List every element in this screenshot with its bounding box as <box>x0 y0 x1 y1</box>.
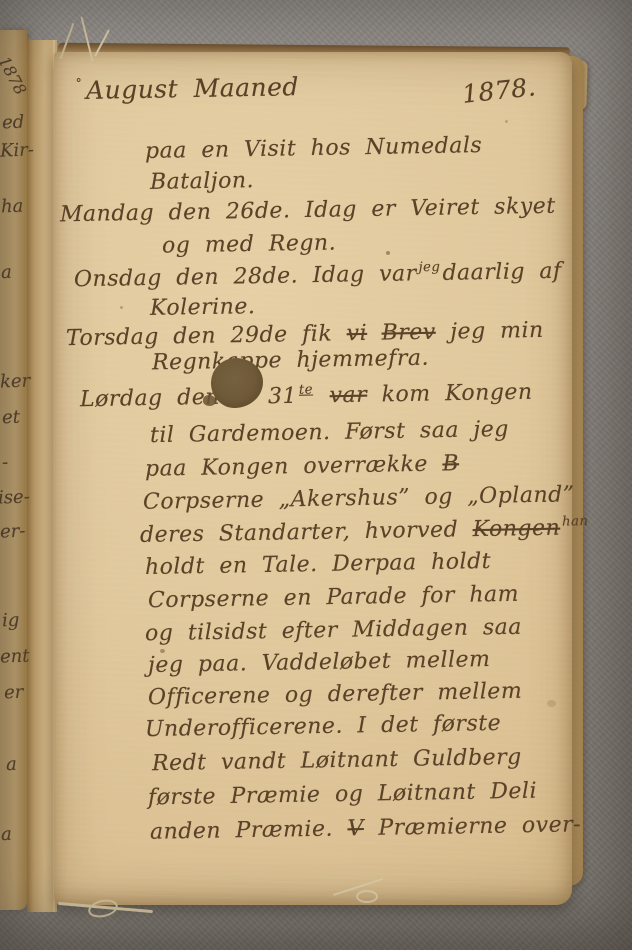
binding-thread-loop <box>356 890 378 903</box>
previous-page-text-fragment: ker <box>0 370 31 392</box>
text-segment: Officerene og derefter mellem <box>148 679 523 711</box>
manuscript-line: jeg paa. Vaddeløbet mellem <box>148 647 491 678</box>
text-segment: holdt en Tale. Derpaa holdt <box>145 549 491 580</box>
text-segment: jeg min <box>436 318 544 345</box>
struck-word: var <box>329 383 367 409</box>
manuscript-line: Redt vandt Løitnant Guldberg <box>152 745 522 776</box>
previous-page-text-fragment: er <box>4 682 24 704</box>
text-segment: Kolerine. <box>150 294 256 321</box>
previous-page-text-fragment: er- <box>0 521 26 543</box>
manuscript-line: Corpserne en Parade for ham <box>148 582 519 613</box>
manuscript-line: Kolerine. <box>150 294 256 321</box>
struck-word: V <box>347 816 364 841</box>
text-segment: Corpserne „Akershus” og „Opland” <box>143 482 575 515</box>
manuscript-line: og med Regn. <box>162 230 337 258</box>
manuscript-line: paa Kongen overrække B <box>145 451 459 481</box>
text-segment: og tilsidst efter Middagen saa <box>145 615 522 647</box>
text-segment: første Præmie og Løitnant Deli <box>148 779 537 811</box>
text-segment: daarlig af <box>442 259 562 286</box>
text-segment: paa Kongen overrække <box>145 452 443 482</box>
text-segment: Regnkappe hjemmefra. <box>152 346 429 376</box>
previous-page-text-fragment: a <box>1 262 12 283</box>
manuscript-line: Torsdag den 29de fik vi Brev jeg min <box>66 318 544 351</box>
manuscript-line: anden Præmie. V Præmierne over- <box>150 812 581 845</box>
manuscript-text: ° August Maaned 1878. paa en Visit hos N… <box>0 0 632 950</box>
manuscript-line: Lørdag den <box>80 385 220 412</box>
text-segment: Redt vandt Løitnant Guldberg <box>152 745 522 776</box>
text-segment: Præmierne over- <box>364 812 582 841</box>
text-segment <box>367 321 382 346</box>
previous-page-text-fragment: 1878 <box>0 53 30 98</box>
page-title: August Maaned <box>86 72 299 105</box>
page-year: 1878. <box>461 72 538 109</box>
text-segment <box>315 383 330 408</box>
paper-speck <box>505 120 508 123</box>
previous-page-text-fragment: ent <box>0 645 30 667</box>
previous-page-text-fragment: ha <box>1 196 24 218</box>
text-segment: 31 <box>268 384 297 410</box>
paper-speck <box>160 649 165 653</box>
struck-word: vi <box>346 321 367 346</box>
paper-speck <box>386 251 390 255</box>
text-segment: jeg paa. Vaddeløbet mellem <box>148 647 491 678</box>
manuscript-line: Mandag den 26de. Idag er Veiret skyet <box>60 194 556 228</box>
manuscript-line: til Gardemoen. Først saa jeg <box>150 417 509 448</box>
text-segment: paa en Visit hos Numedals <box>145 133 483 164</box>
inserted-word: han <box>562 515 589 530</box>
text-segment: Bataljon. <box>150 168 254 195</box>
text-segment: anden Præmie. <box>150 816 348 844</box>
paper-stain <box>547 700 556 707</box>
manuscript-line: Onsdag den 28de. Idag varjegdaarlig af <box>74 259 562 293</box>
manuscript-line: første Præmie og Løitnant Deli <box>148 779 537 811</box>
previous-page-text-fragment: ed <box>2 112 25 134</box>
photo-of-diary: ° August Maaned 1878. paa en Visit hos N… <box>0 0 632 950</box>
previous-page-text-fragment: et <box>2 407 21 429</box>
manuscript-line: paa en Visit hos Numedals <box>145 133 483 164</box>
manuscript-line: holdt en Tale. Derpaa holdt <box>145 549 491 580</box>
struck-word: Kongen <box>472 516 560 543</box>
text-segment: deres Standarter, hvorved <box>140 517 473 548</box>
manuscript-line: Regnkappe hjemmefra. <box>152 346 429 376</box>
manuscript-line: Bataljon. <box>150 168 254 195</box>
manuscript-line: Corpserne „Akershus” og „Opland” <box>143 482 575 515</box>
struck-word: B <box>442 451 459 476</box>
manuscript-line: Officerene og derefter mellem <box>148 679 523 711</box>
previous-page-text-fragment: ig <box>2 610 20 632</box>
manuscript-line: og tilsidst efter Middagen saa <box>145 615 522 647</box>
previous-page-text-fragment: a <box>6 754 17 775</box>
struck-word: Brev <box>381 320 436 346</box>
previous-page-text-fragment: Kir- <box>0 139 34 161</box>
text-segment: til Gardemoen. Først saa jeg <box>150 417 509 448</box>
previous-page-text-fragment: a <box>1 824 12 845</box>
previous-page-text-fragment: - <box>2 452 9 473</box>
text-segment: Lørdag den <box>80 385 220 412</box>
manuscript-line: 31te var kom Kongen <box>268 380 533 410</box>
text-segment: og med Regn. <box>162 230 337 258</box>
inserted-word: jeg <box>418 260 440 275</box>
text-segment: Mandag den 26de. Idag er Veiret skyet <box>60 194 556 228</box>
manuscript-line: deres Standarter, hvorved Kongenhan <box>140 515 591 548</box>
text-segment: Corpserne en Parade for ham <box>148 582 519 613</box>
previous-page-text-fragment: ise- <box>0 486 30 508</box>
flourish-mark: ° <box>75 76 83 91</box>
text-segment: Underofficerene. I det første <box>145 711 502 742</box>
ink-blot-satellite <box>203 395 216 406</box>
text-segment: kom Kongen <box>367 380 533 408</box>
inserted-word: te <box>299 383 313 398</box>
text-segment: Torsdag den 29de fik <box>66 321 347 351</box>
paper-speck <box>120 306 123 309</box>
manuscript-line: Underofficerene. I det første <box>145 711 502 742</box>
text-segment: Onsdag den 28de. Idag var <box>74 261 417 292</box>
